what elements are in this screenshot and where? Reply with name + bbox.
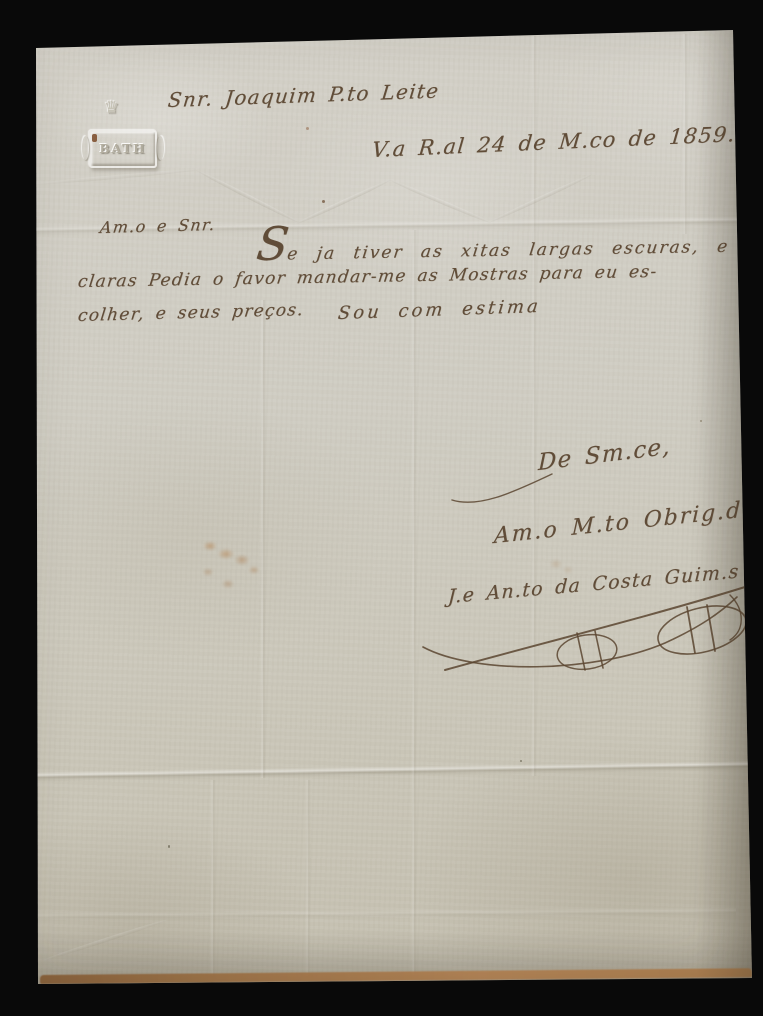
fold-crease-diagonal: [295, 178, 391, 226]
fold-crease-diagonal: [489, 172, 593, 223]
bath-embossed-seal: ♛ BATH: [80, 98, 168, 170]
letter-paper: ♛ BATH Snr. Joaquim P.to Leite V.a R.al …: [0, 0, 763, 1016]
fold-crease-diagonal: [36, 168, 198, 186]
body-line-3: colher, e seus preços.: [77, 300, 305, 326]
fold-crease-diagonal: [389, 178, 492, 225]
photo-backdrop: ♛ BATH Snr. Joaquim P.to Leite V.a R.al …: [0, 0, 763, 1016]
crown-icon: ♛: [104, 98, 119, 118]
seal-text: BATH: [99, 142, 146, 156]
paper-speck: [322, 200, 325, 203]
paper-speck: [520, 760, 522, 762]
paper-speck: [306, 127, 309, 130]
ink-fleck: [92, 134, 97, 142]
salutation-line: Am.o e Snr.: [99, 215, 217, 237]
fold-crease-horizontal: [36, 907, 736, 922]
paper-edge-shadow-bottom: [36, 930, 756, 986]
fold-crease-horizontal: [30, 761, 758, 782]
body-line-2: claras Pedia o favor mandar-me as Mostra…: [77, 262, 659, 292]
rust-stain: [188, 520, 274, 598]
body-line-1: Se ja tiver as xitas largas escuras, e: [255, 233, 731, 265]
closing-flourish: [448, 468, 558, 508]
paper-edge-shadow-right: [696, 25, 754, 983]
body-line-3-closing-phrase: Sou com estima: [337, 296, 542, 324]
paper-speck: [168, 845, 170, 848]
seal-frame: BATH: [89, 130, 157, 168]
addressee-line: Snr. Joaquim P.to Leite: [167, 78, 441, 112]
